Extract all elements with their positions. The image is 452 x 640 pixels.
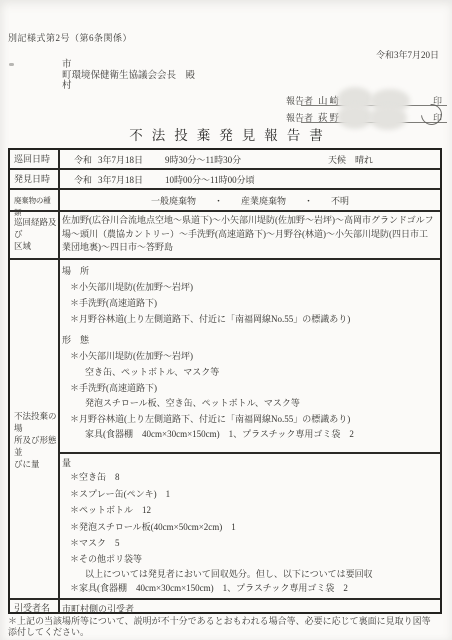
form-items: 発泡スチロール板、空き缶、ペットボトル、マスク等 — [85, 396, 300, 409]
route-value: 佐加野(広谷川合流地点空地～県道下)～小矢部川堤防(佐加野～岩坪)～高岡市グラン… — [62, 214, 436, 255]
addressee-line-village: 村 — [62, 81, 195, 92]
patrol-era: 令和 — [74, 153, 92, 166]
report-table: 巡回日時 令和 3年7月18日 9時30分～11時30分 天候 晴れ 発見日時 … — [8, 148, 442, 614]
qty-item: ＊マスク 5 — [70, 536, 120, 549]
report-date: 令和3年7月20日 — [376, 48, 439, 61]
addressee-block: 市 町環境保健衛生協議会会長 殿 村 — [62, 60, 195, 92]
discovery-era: 令和 — [74, 173, 92, 186]
patrol-time: 9時30分～11時30分 — [165, 153, 241, 166]
form-place: ＊月野谷林道(上り左側道路下、付近に「南福岡線No.55」の標識あり) — [70, 412, 350, 425]
place-item: ＊月野谷林道(上り左側道路下、付近に「南福岡線No.55」の標識あり) — [70, 312, 350, 325]
table-row-divider — [10, 258, 440, 260]
form-heading: 形 態 — [62, 333, 89, 346]
discovery-label: 発見日時 — [14, 173, 57, 185]
table-row-divider — [10, 598, 440, 600]
form-place: ＊小矢部川堤防(佐加野～岩坪) — [70, 349, 193, 362]
scan-artifact — [9, 63, 14, 66]
form-items: 空き缶、ペットボトル、マスク等 — [85, 365, 219, 378]
form-place: ＊手洗野(高速道路下) — [70, 381, 157, 394]
waste-type-options: 一般廃棄物 ・ 産業廃棄物 ・ 不明 — [58, 194, 442, 207]
addressee-line-city: 市 — [62, 60, 195, 71]
form-number: 別記様式第2号（第6条関係） — [8, 31, 132, 44]
place-item: ＊小矢部川堤防(佐加野～岩坪) — [70, 280, 193, 293]
table-row-divider — [10, 210, 440, 212]
form-items: 家具(食器棚 40cm×30cm×150cm) 1、プラスチック専用ゴミ袋 2 — [85, 427, 354, 440]
qty-item: ＊スプレー缶(ペンキ) 1 — [70, 487, 170, 500]
route-label: 巡回経路及び 区域 — [14, 216, 57, 252]
footer-note: ＊上記の当該場所等について、説明が不十分であるとおもわれる場合等、必要に応じて裏… — [8, 616, 438, 637]
qty-recover: ＊家具(食器棚 40cm×30cm×150cm) 1、プラスチック専用ゴミ袋 2 — [70, 581, 348, 594]
discovery-date: 3年7月18日 — [98, 173, 143, 186]
qty-note: 以上については発見者において回収処分。但し、以下については要回収 — [85, 567, 373, 580]
qty-item: ＊空き缶 8 — [70, 470, 120, 483]
dump-label-line1: 不法投棄の場 — [14, 410, 57, 434]
qty-item: ＊その他ポリ袋等 — [70, 552, 142, 565]
qty-item: ＊発泡スチロール板(40cm×50cm×2cm) 1 — [70, 520, 236, 533]
page-title: 不法投棄発見報告書 — [0, 124, 452, 144]
place-item: ＊手洗野(高速道路下) — [70, 296, 157, 309]
qty-item: ＊ペットボトル 12 — [70, 503, 151, 516]
scanned-report-page: 別記様式第2号（第6条関係） 令和3年7月20日 市 町環境保健衛生協議会会長 … — [0, 0, 452, 640]
dump-label-line3: びに量 — [14, 458, 57, 470]
dump-label-line2: 所及び形態並 — [14, 434, 57, 458]
table-row-divider — [10, 188, 440, 190]
addressee-line-main: 町環境保健衛生協議会会長 殿 — [62, 71, 195, 82]
qty-heading: 量 — [62, 456, 71, 469]
route-label-line2: 区域 — [14, 240, 57, 252]
patrol-weather: 天候 晴れ — [328, 153, 373, 166]
dump-label: 不法投棄の場 所及び形態並 びに量 — [14, 410, 57, 470]
receiver-label: 引受者名 — [14, 602, 57, 614]
route-label-line1: 巡回経路及び — [14, 216, 57, 240]
discovery-time: 10時00分～11時00分頃 — [165, 173, 255, 186]
patrol-date: 3年7月18日 — [98, 153, 143, 166]
receiver-value: 市町村側の引受者 — [62, 602, 134, 615]
table-subrow-divider — [58, 452, 440, 454]
patrol-label: 巡回日時 — [14, 153, 57, 165]
place-heading: 場 所 — [62, 264, 89, 277]
table-column-divider — [58, 150, 60, 612]
table-row-divider — [10, 168, 440, 170]
